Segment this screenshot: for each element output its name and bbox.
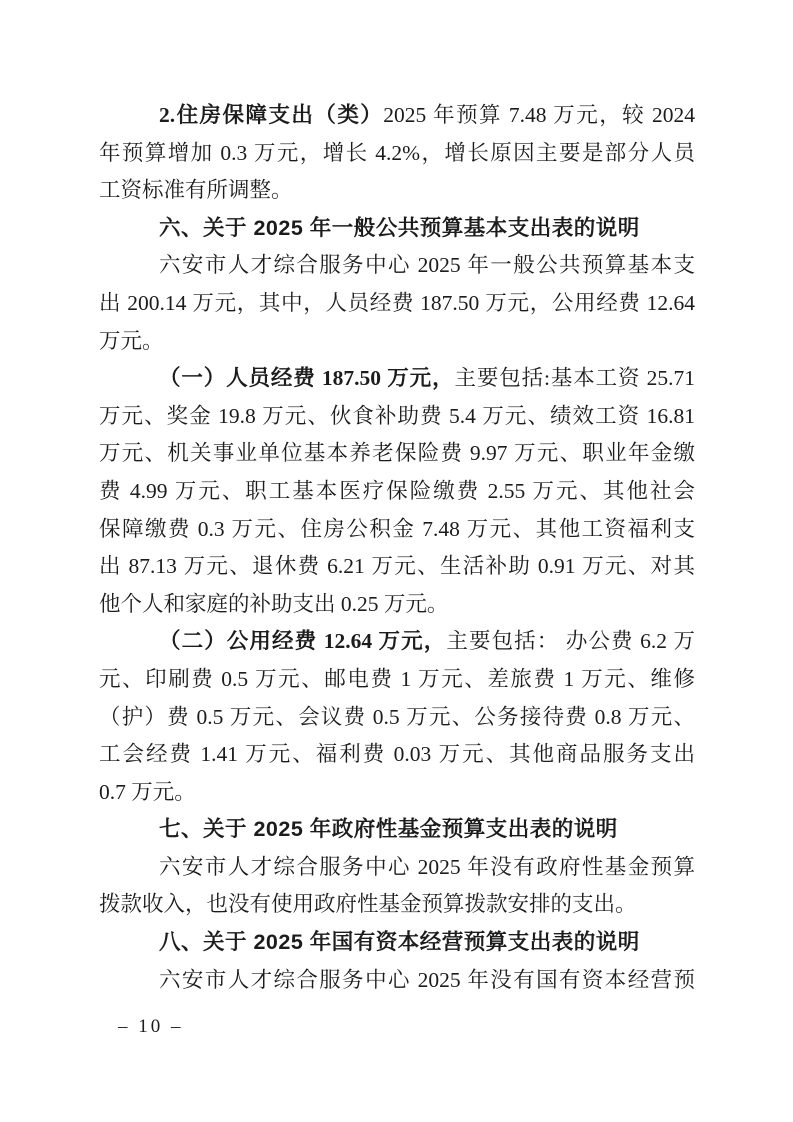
text-line: 0.7 万元。 <box>99 774 695 812</box>
text-segment: 出 87.13 万元、退休费 6.21 万元、生活补助 0.91 万元、对其 <box>99 554 695 578</box>
text-line: 六安市人才综合服务中心 2025 年一般公共预算基本支 <box>99 247 695 285</box>
text-segment: 2.住房保障支出（类） <box>159 103 383 127</box>
text-line: 万元、奖金 19.8 万元、伙食补助费 5.4 万元、绩效工资 16.81 <box>99 398 695 436</box>
text-segment: 元、印刷费 0.5 万元、邮电费 1 万元、差旅费 1 万元、维修 <box>99 667 695 691</box>
text-line: 保障缴费 0.3 万元、住房公积金 7.48 万元、其他工资福利支 <box>99 511 695 549</box>
text-segment: 万元、机关事业单位基本养老保险费 9.97 万元、职业年金缴 <box>99 441 695 465</box>
text-line: 出 87.13 万元、退休费 6.21 万元、生活补助 0.91 万元、对其 <box>99 548 695 586</box>
text-segment: 0.7 万元。 <box>99 780 196 804</box>
text-line: 六安市人才综合服务中心 2025 年没有国有资本经营预 <box>99 962 695 1000</box>
text-line: 年预算增加 0.3 万元，增长 4.2%，增长原因主要是部分人员 <box>99 135 695 173</box>
text-segment: 六安市人才综合服务中心 2025 年一般公共预算基本支 <box>159 253 695 277</box>
text-line: 工资标准有所调整。 <box>99 172 695 210</box>
text-segment: 工资标准有所调整。 <box>99 178 293 202</box>
text-segment: 年预算增加 0.3 万元，增长 4.2%，增长原因主要是部分人员 <box>99 141 695 165</box>
section-heading: 八、关于 2025 年国有资本经营预算支出表的说明 <box>99 924 695 962</box>
section-heading: 七、关于 2025 年政府性基金预算支出表的说明 <box>99 811 695 849</box>
document-body: 2.住房保障支出（类）2025 年预算 7.48 万元，较 2024年预算增加 … <box>99 97 695 999</box>
text-segment: 八、关于 2025 年国有资本经营预算支出表的说明 <box>159 930 640 954</box>
text-segment: 工会经费 1.41 万元、福利费 0.03 万元、其他商品服务支出 <box>99 742 695 766</box>
text-line: 万元。 <box>99 323 695 361</box>
text-segment: 六、关于 2025 年一般公共预算基本支出表的说明 <box>159 216 640 240</box>
text-segment: 主要包括:基本工资 25.71 <box>454 366 695 390</box>
text-line: （二）公用经费 12.64 万元，主要包括： 办公费 6.2 万 <box>99 623 695 661</box>
text-segment: 保障缴费 0.3 万元、住房公积金 7.48 万元、其他工资福利支 <box>99 517 695 541</box>
text-line: 出 200.14 万元，其中，人员经费 187.50 万元，公用经费 12.64 <box>99 285 695 323</box>
text-segment: 万元、奖金 19.8 万元、伙食补助费 5.4 万元、绩效工资 16.81 <box>99 404 695 428</box>
text-segment: （一）人员经费 187.50 万元， <box>159 366 454 390</box>
text-line: 2.住房保障支出（类）2025 年预算 7.48 万元，较 2024 <box>99 97 695 135</box>
text-segment: （护）费 0.5 万元、会议费 0.5 万元、公务接待费 0.8 万元、 <box>99 705 695 729</box>
page-number: – 10 – <box>118 1013 184 1041</box>
text-segment: （二）公用经费 12.64 万元， <box>159 629 446 653</box>
text-segment: 六安市人才综合服务中心 2025 年没有政府性基金预算 <box>159 855 695 879</box>
document-page: 2.住房保障支出（类）2025 年预算 7.48 万元，较 2024年预算增加 … <box>0 0 793 1122</box>
text-segment: 万元。 <box>99 329 164 353</box>
section-heading: 六、关于 2025 年一般公共预算基本支出表的说明 <box>99 210 695 248</box>
text-segment: 费 4.99 万元、职工基本医疗保险缴费 2.55 万元、其他社会 <box>99 479 695 503</box>
text-line: （护）费 0.5 万元、会议费 0.5 万元、公务接待费 0.8 万元、 <box>99 699 695 737</box>
text-segment: 拨款收入，也没有使用政府性基金预算拨款安排的支出。 <box>99 892 637 916</box>
text-segment: 出 200.14 万元，其中，人员经费 187.50 万元，公用经费 12.64 <box>99 291 695 315</box>
text-line: 万元、机关事业单位基本养老保险费 9.97 万元、职业年金缴 <box>99 435 695 473</box>
text-segment: 主要包括： 办公费 6.2 万 <box>446 629 695 653</box>
text-line: （一）人员经费 187.50 万元，主要包括:基本工资 25.71 <box>99 360 695 398</box>
text-line: 工会经费 1.41 万元、福利费 0.03 万元、其他商品服务支出 <box>99 736 695 774</box>
text-line: 六安市人才综合服务中心 2025 年没有政府性基金预算 <box>99 849 695 887</box>
text-line: 他个人和家庭的补助支出 0.25 万元。 <box>99 586 695 624</box>
text-line: 费 4.99 万元、职工基本医疗保险缴费 2.55 万元、其他社会 <box>99 473 695 511</box>
text-segment: 2025 年预算 7.48 万元，较 2024 <box>383 103 695 127</box>
text-line: 元、印刷费 0.5 万元、邮电费 1 万元、差旅费 1 万元、维修 <box>99 661 695 699</box>
text-segment: 七、关于 2025 年政府性基金预算支出表的说明 <box>159 817 618 841</box>
text-line: 拨款收入，也没有使用政府性基金预算拨款安排的支出。 <box>99 886 695 924</box>
text-segment: 六安市人才综合服务中心 2025 年没有国有资本经营预 <box>159 968 695 992</box>
text-segment: 他个人和家庭的补助支出 0.25 万元。 <box>99 592 448 616</box>
